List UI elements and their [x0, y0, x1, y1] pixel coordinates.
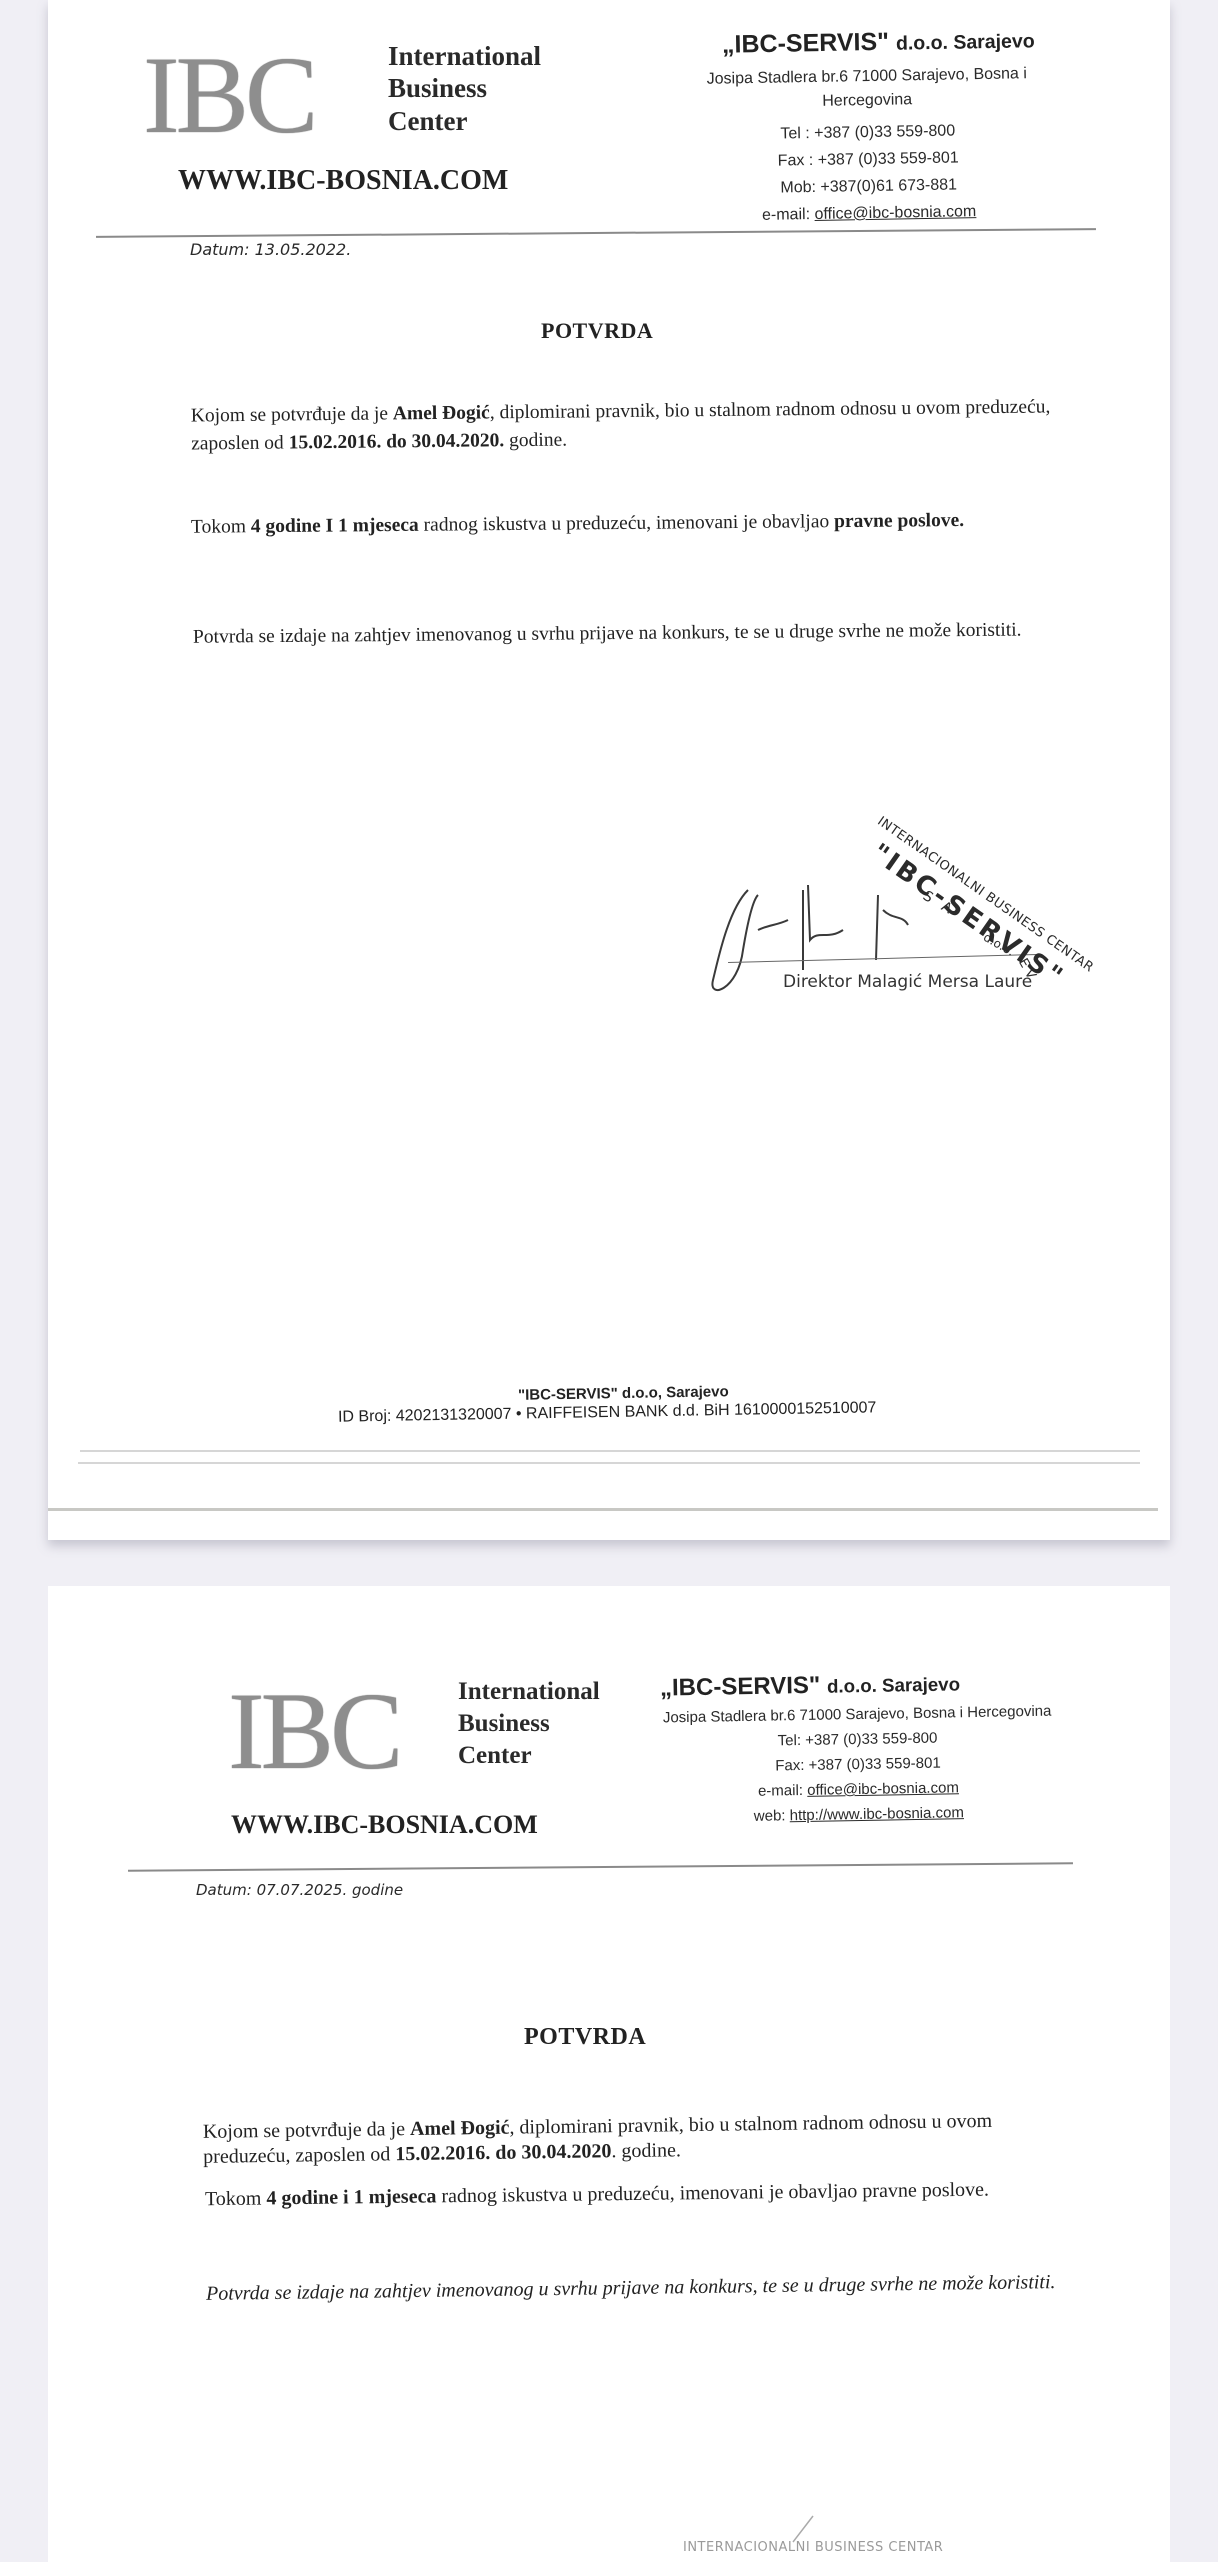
paragraph-experience: Tokom 4 godine i 1 mjeseca radnog iskust…	[205, 2177, 1055, 2212]
logo-wordmark: International Business Center	[458, 1676, 600, 1772]
paragraph-experience: Tokom 4 godine I 1 mjeseca radnog iskust…	[191, 506, 1051, 542]
experience-duration: 4 godine i 1 mjeseca	[266, 2185, 436, 2209]
logo-line-2: Business	[388, 72, 541, 104]
footer-ids: ID Broj: 4202131320007 • RAIFFEISEN BANK…	[338, 1399, 877, 1426]
header-divider	[96, 228, 1096, 238]
paragraph-employment: Kojom se potvrđuje da je Amel Đogić, dip…	[203, 2108, 1054, 2170]
web-link[interactable]: http://www.ibc-bosnia.com	[790, 1804, 965, 1824]
job-duties: pravne poslove.	[834, 510, 964, 532]
header-divider	[128, 1862, 1073, 1871]
ibc-logo-mark: IBC	[143, 40, 314, 150]
web-label: web:	[754, 1807, 786, 1825]
logo-line-2: Business	[458, 1708, 600, 1740]
company-contact: Josipa Stadlera br.6 71000 Sarajevo, Bos…	[637, 1698, 1079, 1831]
stamp-partial-text: INTERNACIONALNI BUSINESS CENTAR	[683, 2540, 943, 2555]
para1-text-1: Kojom se potvrđuje da je	[203, 2118, 410, 2143]
experience-duration: 4 godine I 1 mjeseca	[251, 515, 419, 537]
page-edge	[48, 1508, 1158, 1511]
footer-divider-2	[78, 1462, 1140, 1464]
document-page-2: IBC International Business Center WWW.IB…	[48, 1586, 1170, 2562]
company-name-main: „IBC-SERVIS"	[722, 28, 889, 59]
email-link[interactable]: office@ibc-bosnia.com	[807, 1779, 959, 1799]
signatory-name: Direktor Malagić Mersa Lauré	[783, 972, 1032, 992]
company-name-main: „IBC-SERVIS"	[660, 1672, 821, 1702]
ibc-logo-mark: IBC	[228, 1676, 399, 1786]
employment-dates: 15.02.2016. do 30.04.2020.	[289, 430, 505, 453]
logo-website: WWW.IBC-BOSNIA.COM	[231, 1810, 538, 1840]
para1-text-3: godine.	[504, 430, 567, 452]
footer-company: "IBC-SERVIS" d.o.o, Sarajevo	[518, 1383, 729, 1404]
document-page-1: IBC International Business Center WWW.IB…	[48, 0, 1170, 1540]
paragraph-purpose: Potvrda se izdaje na zahtjev imenovanog …	[206, 2270, 1056, 2307]
email-row: e-mail: office@ibc-bosnia.com	[669, 197, 1069, 231]
document-title: POTVRDA	[541, 318, 653, 344]
paragraph-purpose: Potvrda se izdaje na zahtjev imenovanog …	[193, 616, 1053, 652]
employment-dates: 15.02.2016. do 30.04.2020	[395, 2140, 611, 2165]
paragraph-employment: Kojom se potvrđuje da je Amel Đogić, dip…	[191, 393, 1052, 459]
document-title: POTVRDA	[524, 2024, 646, 2051]
employee-name: Amel Đogić	[410, 2117, 510, 2140]
company-name-suffix: d.o.o. Sarajevo	[896, 30, 1035, 54]
para1-text-3: . godine.	[611, 2139, 681, 2162]
employee-name: Amel Đogić	[393, 402, 490, 424]
para1-text-1: Kojom se potvrđuje da je	[191, 403, 393, 426]
document-date: Datum: 07.07.2025. godine	[196, 1881, 403, 1899]
email-label: e-mail:	[762, 206, 810, 224]
para2-text-1: Tokom	[191, 516, 251, 538]
document-date: Datum: 13.05.2022.	[190, 240, 351, 259]
company-name: „IBC-SERVIS" d.o.o. Sarajevo	[660, 1669, 960, 1702]
para2-text-2: radnog iskustva u preduzeću, imenovani j…	[436, 2179, 989, 2208]
company-name: „IBC-SERVIS" d.o.o. Sarajevo	[722, 25, 1035, 59]
company-name-suffix: d.o.o. Sarajevo	[827, 1673, 960, 1696]
para2-text-1: Tokom	[205, 2187, 267, 2210]
logo-website: WWW.IBC-BOSNIA.COM	[178, 165, 508, 197]
footer-divider-1	[80, 1450, 1140, 1452]
logo-line-3: Center	[458, 1740, 600, 1772]
logo-line-1: International	[388, 40, 541, 72]
para2-text-2: radnog iskustva u preduzeću, imenovani j…	[419, 511, 835, 536]
email-label: e-mail:	[758, 1782, 803, 1800]
logo-wordmark: International Business Center	[388, 40, 541, 137]
logo-line-1: International	[458, 1676, 600, 1708]
company-contact: Josipa Stadlera br.6 71000 Sarajevo, Bos…	[667, 62, 1070, 231]
logo-line-3: Center	[388, 105, 541, 137]
email-link[interactable]: office@ibc-bosnia.com	[814, 203, 976, 223]
